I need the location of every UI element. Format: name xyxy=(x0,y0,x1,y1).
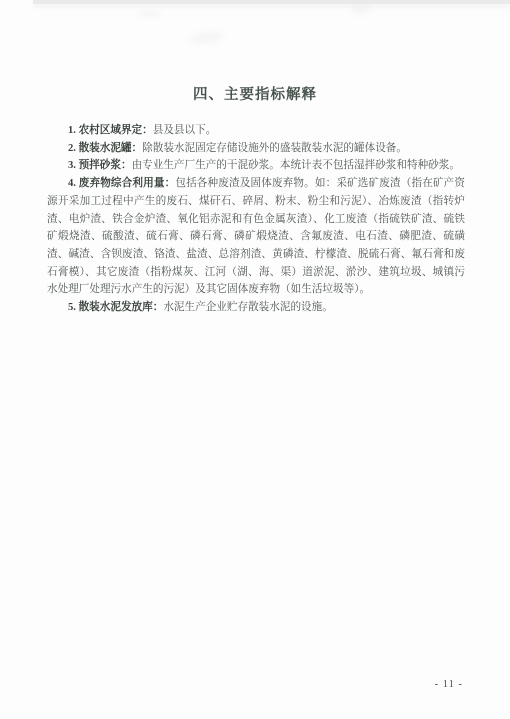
scan-smudge xyxy=(189,30,224,46)
scan-smudge xyxy=(136,10,162,18)
definition-text: 由专业生产厂生产的干混砂浆。本统计表不包括湿拌砂浆和特种砂浆。 xyxy=(132,160,460,171)
definition-text: 除散装水泥固定存储设施外的盛装散装水泥的罐体设备。 xyxy=(142,143,407,154)
definition-text: 县及县以下。 xyxy=(153,125,217,136)
definition-item-3: 3. 预拌砂浆：由专业生产厂生产的干混砂浆。本统计表不包括湿拌砂浆和特种砂浆。 xyxy=(47,157,465,175)
scan-smudge xyxy=(350,6,372,14)
page-title: 四、主要指标解释 xyxy=(0,83,510,104)
definition-text: 包括各种废渣及固体废弃物。如：采矿选矿废渣（指在矿产资源开采加工过程中产生的废石… xyxy=(47,178,465,295)
definition-term: 2. 散装水泥罐： xyxy=(68,143,142,154)
definition-term: 3. 预拌砂浆： xyxy=(68,160,132,171)
scan-edge-artifact xyxy=(33,0,510,4)
document-body: 1. 农村区域界定：县及县以下。 2. 散装水泥罐：除散装水泥固定存储设施外的盛… xyxy=(47,122,465,317)
definition-term: 5. 散装水泥发放库： xyxy=(68,302,163,313)
document-page: 四、主要指标解释 1. 农村区域界定：县及县以下。 2. 散装水泥罐：除散装水泥… xyxy=(0,0,510,719)
definition-item-1: 1. 农村区域界定：县及县以下。 xyxy=(47,122,465,140)
definition-term: 4. 废弃物综合利用量： xyxy=(68,178,175,189)
definition-term: 1. 农村区域界定： xyxy=(68,125,153,136)
definition-item-5: 5. 散装水泥发放库：水泥生产企业贮存散装水泥的设施。 xyxy=(47,299,465,317)
page-number: - 11 - xyxy=(435,679,463,690)
definition-item-2: 2. 散装水泥罐：除散装水泥固定存储设施外的盛装散装水泥的罐体设备。 xyxy=(47,140,465,158)
definition-text: 水泥生产企业贮存散装水泥的设施。 xyxy=(163,302,333,313)
definition-item-4: 4. 废弃物综合利用量：包括各种废渣及固体废弃物。如：采矿选矿废渣（指在矿产资源… xyxy=(47,175,465,299)
